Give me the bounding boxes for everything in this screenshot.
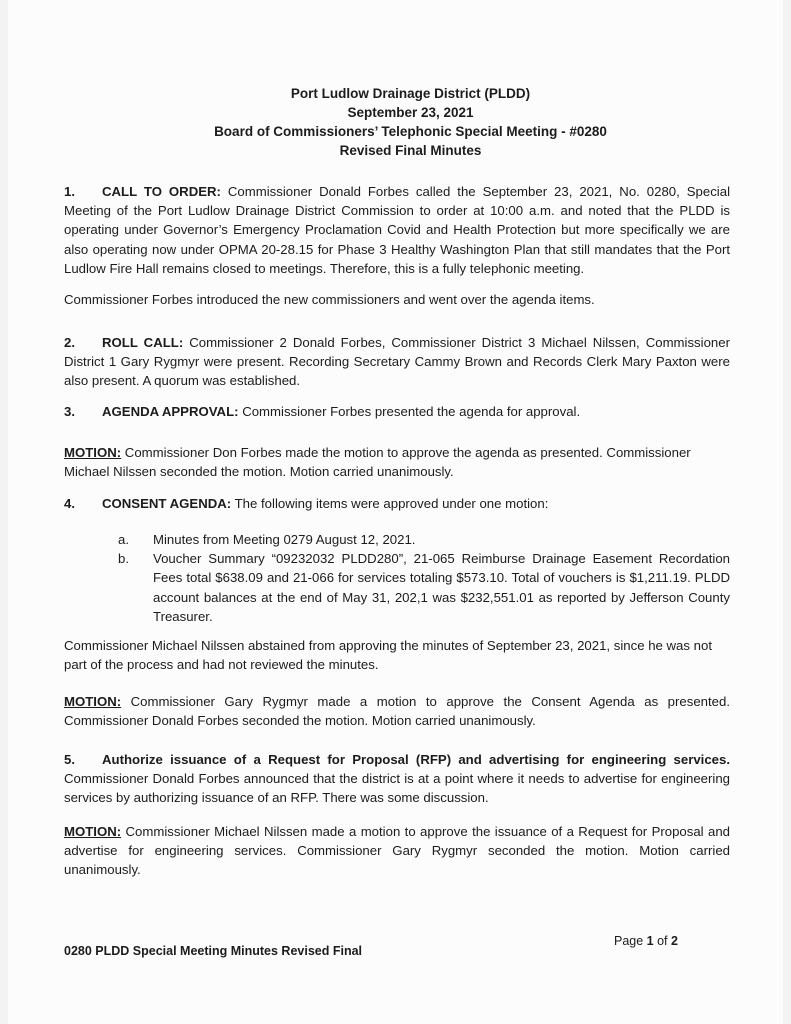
section-label: CONSENT AGENDA: — [102, 496, 231, 511]
item-text: Voucher Summary “09232032 PLDD280”, 21-0… — [153, 549, 730, 626]
document-status: Revised Final Minutes — [38, 141, 783, 160]
section-number: 3. — [64, 402, 102, 421]
page-word: Page — [614, 934, 647, 948]
motion-label: MOTION: — [64, 445, 121, 460]
footer-page-number: Page 1 of 2 — [614, 934, 678, 948]
item-letter: a. — [118, 530, 153, 549]
footer-document-name: 0280 PLDD Special Meeting Minutes Revise… — [64, 944, 362, 958]
intro-note: Commissioner Forbes introduced the new c… — [64, 290, 730, 309]
motion-text: Commissioner Gary Rygmyr made a motion t… — [64, 694, 730, 728]
item-text: Minutes from Meeting 0279 August 12, 202… — [153, 530, 730, 549]
motion-text: Commissioner Don Forbes made the motion … — [64, 445, 691, 479]
document-header: Port Ludlow Drainage District (PLDD) Sep… — [8, 84, 783, 160]
meeting-date: September 23, 2021 — [38, 103, 783, 122]
section-rfp: 5.Authorize issuance of a Request for Pr… — [64, 750, 730, 808]
meeting-title: Board of Commissioners’ Telephonic Speci… — [38, 122, 783, 141]
document-page: Port Ludlow Drainage District (PLDD) Sep… — [8, 0, 783, 1024]
section-roll-call: 2.ROLL CALL: Commissioner 2 Donald Forbe… — [64, 333, 730, 391]
motion-consent: MOTION: Commissioner Gary Rygmyr made a … — [64, 692, 730, 730]
district-name: Port Ludlow Drainage District (PLDD) — [38, 84, 783, 103]
section-text: The following items were approved under … — [231, 496, 548, 511]
consent-agenda-items: a. Minutes from Meeting 0279 August 12, … — [118, 530, 730, 626]
section-label: ROLL CALL: — [102, 335, 183, 350]
section-label: CALL TO ORDER: — [102, 184, 221, 199]
section-number: 1. — [64, 182, 102, 201]
section-agenda-approval: 3.AGENDA APPROVAL: Commissioner Forbes p… — [64, 402, 730, 421]
section-number: 4. — [64, 494, 102, 513]
section-text: Commissioner Donald Forbes announced tha… — [64, 771, 730, 805]
total-pages: 2 — [671, 934, 678, 948]
motion-label: MOTION: — [64, 694, 121, 709]
section-call-to-order: 1.CALL TO ORDER: Commissioner Donald For… — [64, 182, 730, 278]
section-label: Authorize issuance of a Request for Prop… — [102, 752, 730, 767]
section-consent-agenda: 4.CONSENT AGENDA: The following items we… — [64, 494, 730, 513]
section-text: Commissioner Forbes presented the agenda… — [239, 404, 581, 419]
item-letter: b. — [118, 549, 153, 626]
abstain-note: Commissioner Michael Nilssen abstained f… — [64, 636, 730, 674]
section-label: AGENDA APPROVAL: — [102, 404, 239, 419]
section-number: 2. — [64, 333, 102, 352]
motion-rfp: MOTION: Commissioner Michael Nilssen mad… — [64, 822, 730, 880]
current-page: 1 — [647, 934, 654, 948]
motion-text: Commissioner Michael Nilssen made a moti… — [64, 824, 730, 877]
motion-label: MOTION: — [64, 824, 121, 839]
motion-agenda: MOTION: Commissioner Don Forbes made the… — [64, 443, 730, 481]
consent-item: a. Minutes from Meeting 0279 August 12, … — [118, 530, 730, 549]
section-number: 5. — [64, 750, 102, 769]
of-word: of — [654, 934, 671, 948]
consent-item: b. Voucher Summary “09232032 PLDD280”, 2… — [118, 549, 730, 626]
